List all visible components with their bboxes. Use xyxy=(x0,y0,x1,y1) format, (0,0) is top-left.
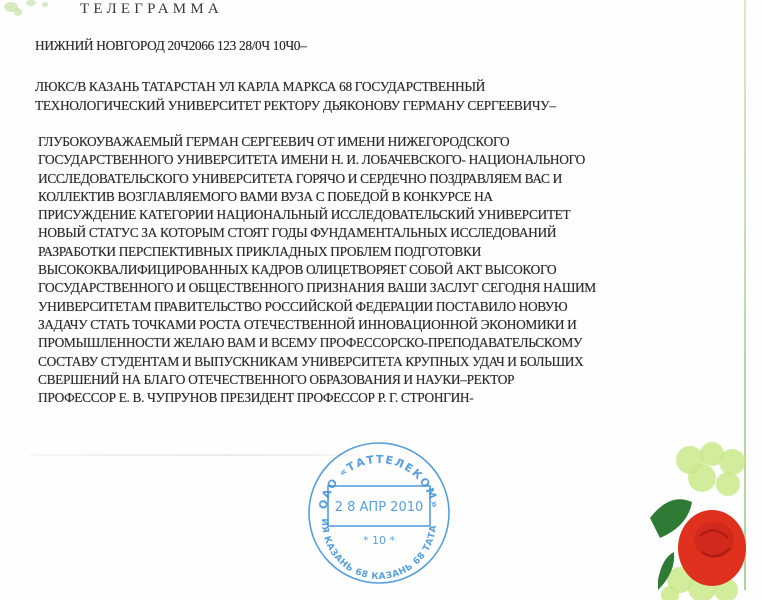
recipient-address: ЛЮКС/В КАЗАНЬ ТАТАРСТАН УЛ КАРЛА МАРКСА … xyxy=(35,78,556,115)
body-line: РАЗРАБОТКИ ПЕРСПЕКТИВНЫХ ПРИКЛАДНЫХ ПРОБ… xyxy=(38,243,596,261)
address-line: ЛЮКС/В КАЗАНЬ ТАТАРСТАН УЛ КАРЛА МАРКСА … xyxy=(35,78,556,97)
body-line: ВЫСОКОКВАЛИФИЦИРОВАННЫХ КАДРОВ ОЛИЦЕТВОР… xyxy=(38,261,596,279)
body-line: СВЕРШЕНИЙ НА БЛАГО ОТЕЧЕСТВЕННОГО ОБРАЗО… xyxy=(38,371,596,389)
telegram-header-line: НИЖНИЙ НОВГОРОД 20Ч2066 123 28/0Ч 10Ч0– xyxy=(35,38,307,54)
body-line: УНИВЕРСИТЕТАМ ПРАВИТЕЛЬСТВО РОССИЙСКОЙ Ф… xyxy=(38,298,596,316)
body-line: ПРИСУЖДЕНИЕ КАТЕГОРИИ НАЦИОНАЛЬНЫЙ ИССЛЕ… xyxy=(38,206,596,224)
body-line: СОСТАВУ СТУДЕНТАМ И ВЫПУСКНИКАМ УНИВЕРСИ… xyxy=(38,353,596,371)
body-line: ЗАДАЧУ СТАТЬ ТОЧКАМИ РОСТА ОТЕЧЕСТВЕННОЙ… xyxy=(38,316,596,334)
body-line: ГЛУБОКОУВАЖАЕМЫЙ ГЕРМАН СЕРГЕЕВИЧ ОТ ИМЕ… xyxy=(38,133,596,151)
svg-text:* 10 *: * 10 * xyxy=(363,534,395,547)
svg-text:2 8 АПР 2010: 2 8 АПР 2010 xyxy=(335,500,424,515)
stamp-icon: ОАО «ТАТТЕЛЕКОМ» 2 8 АПР 2010 * 10 * РОС… xyxy=(304,438,454,588)
address-line: ТЕХНОЛОГИЧЕСКИЙ УНИВЕРСИТЕТ РЕКТОРУ ДЬЯК… xyxy=(35,97,556,116)
telegram-body: ГЛУБОКОУВАЖАЕМЫЙ ГЕРМАН СЕРГЕЕВИЧ ОТ ИМЕ… xyxy=(38,133,596,407)
body-line: НОВЫЙ СТАТУС ЗА КОТОРЫМ СТОЯТ ГОДЫ ФУНДА… xyxy=(38,224,596,242)
telegram-page: ТЕЛЕГРАММА НИЖНИЙ НОВГОРОД 20Ч2066 123 2… xyxy=(0,0,762,600)
body-line: КОЛЛЕКТИВ ВОЗГЛАВЛЯЕМОГО ВАМИ ВУЗА С ПОБ… xyxy=(38,188,596,206)
body-line: ИССЛЕДОВАТЕЛЬСКОГО УНИВЕРСИТЕТА ГОРЯЧО И… xyxy=(38,170,596,188)
floral-corner-decoration xyxy=(0,0,70,22)
rose-flower-decoration xyxy=(640,440,750,600)
postal-stamp: ОАО «ТАТТЕЛЕКОМ» 2 8 АПР 2010 * 10 * РОС… xyxy=(304,438,454,588)
body-line: ПРОМЫШЛЕННОСТИ ЖЕЛАЮ ВАМ И ВСЕМУ ПРОФЕСС… xyxy=(38,334,596,352)
document-title: ТЕЛЕГРАММА xyxy=(80,1,223,18)
body-line: ГОСУДАРСТВЕННОГО УНИВЕРСИТЕТА ИМЕНИ Н. И… xyxy=(38,151,596,169)
rose-icon xyxy=(640,440,750,600)
body-line: ГОСУДАРСТВЕННОГО И ОБЩЕСТВЕННОГО ПРИЗНАН… xyxy=(38,279,596,297)
body-line: ПРОФЕССОР Е. В. ЧУПРУНОВ ПРЕЗИДЕНТ ПРОФЕ… xyxy=(38,389,596,407)
